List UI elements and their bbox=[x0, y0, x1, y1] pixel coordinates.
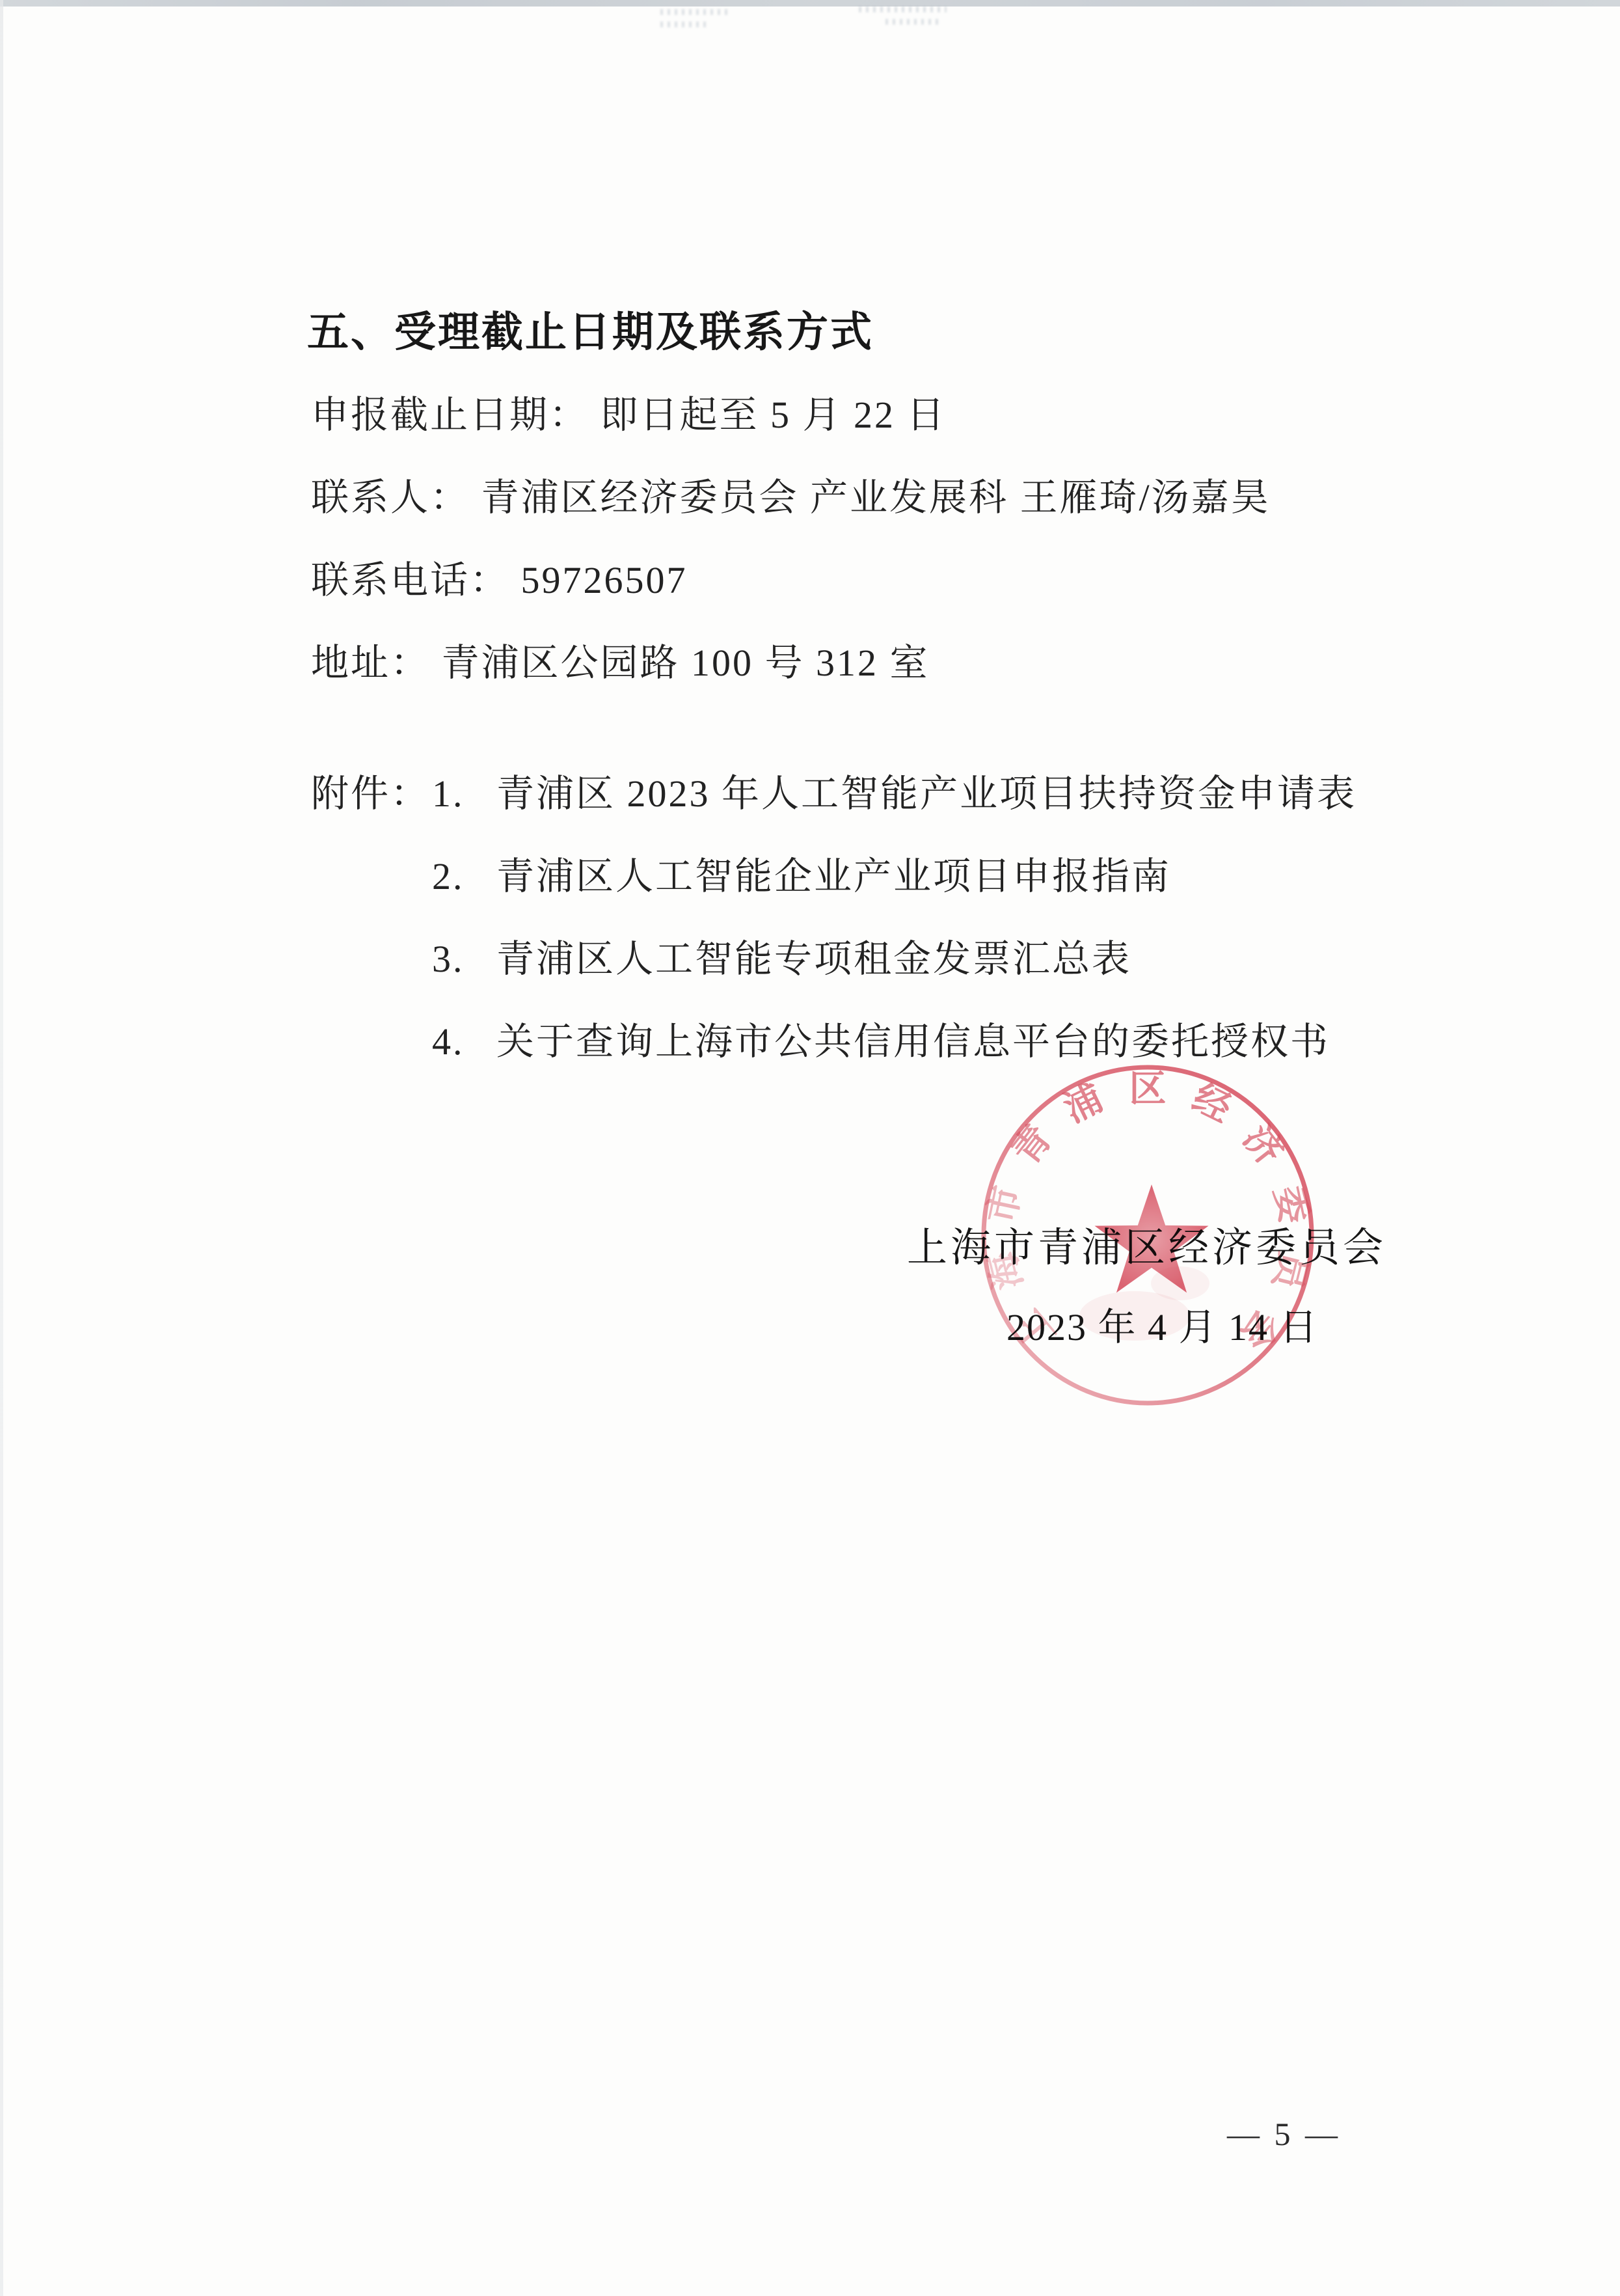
attachment-item: 附件： 1. 青浦区 2023 年人工智能产业项目扶持资金申请表 bbox=[311, 772, 1357, 816]
scan-artifact bbox=[660, 9, 729, 34]
contact-person-line: 联系人： 青浦区经济委员会 产业发展科 王雁琦/汤嘉昊 bbox=[311, 476, 1271, 520]
contact-phone-line: 联系电话： 59726507 bbox=[311, 558, 688, 603]
attachment-title: 青浦区人工智能专项租金发票汇总表 bbox=[496, 937, 1131, 981]
svg-text:市: 市 bbox=[981, 1182, 1029, 1227]
section-heading: 五、受理截止日期及联系方式 bbox=[307, 311, 874, 353]
page-number: — 5 — bbox=[1227, 2116, 1341, 2152]
document-page: 五、受理截止日期及联系方式 申报截止日期： 即日起至 5 月 22 日 联系人：… bbox=[0, 0, 1620, 2296]
attachment-number: 4. bbox=[432, 1020, 496, 1064]
attachments-label: 附件： bbox=[311, 772, 432, 816]
deadline-line: 申报截止日期： 即日起至 5 月 22 日 bbox=[311, 393, 947, 437]
svg-text:浦: 浦 bbox=[1058, 1077, 1109, 1130]
attachment-number: 3. bbox=[432, 937, 496, 981]
scan-left-edge bbox=[0, 0, 3, 2296]
attachment-title: 关于查询上海市公共信用信息平台的委托授权书 bbox=[496, 1020, 1330, 1064]
svg-text:青: 青 bbox=[1005, 1118, 1060, 1173]
scan-top-edge bbox=[0, 0, 1620, 7]
address-line: 地址： 青浦区公园路 100 号 312 室 bbox=[311, 641, 930, 685]
attachment-item: 4. 关于查询上海市公共信用信息平台的委托授权书 bbox=[311, 1020, 1330, 1064]
attachment-item: 2. 青浦区人工智能企业产业项目申报指南 bbox=[311, 854, 1171, 899]
svg-text:济: 济 bbox=[1235, 1118, 1291, 1173]
attachment-item: 3. 青浦区人工智能专项租金发票汇总表 bbox=[311, 937, 1131, 981]
attachment-number: 2. bbox=[432, 854, 496, 899]
signing-organization: 上海市青浦区经济委员会 bbox=[907, 1226, 1386, 1270]
attachment-title: 青浦区 2023 年人工智能产业项目扶持资金申请表 bbox=[496, 772, 1357, 816]
attachment-number: 1. bbox=[432, 772, 496, 816]
attachment-title: 青浦区人工智能企业产业项目申报指南 bbox=[496, 854, 1171, 899]
seal-ink-smudge bbox=[1151, 1266, 1209, 1300]
scan-artifact bbox=[859, 7, 947, 31]
svg-text:经: 经 bbox=[1186, 1077, 1237, 1130]
svg-text:委: 委 bbox=[1267, 1182, 1314, 1227]
svg-text:区: 区 bbox=[1129, 1069, 1167, 1110]
signing-date: 2023 年 4 月 14 日 bbox=[1006, 1307, 1319, 1348]
